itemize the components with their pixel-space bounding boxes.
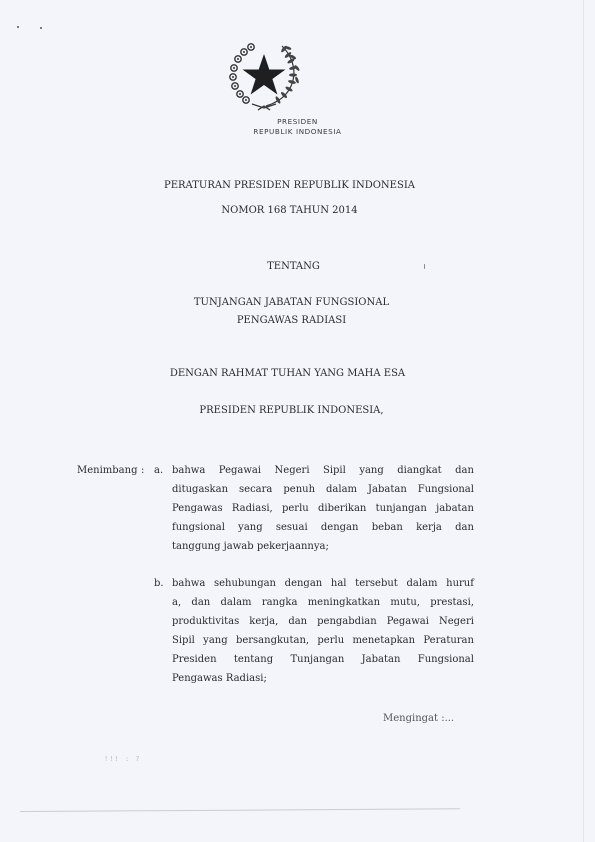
- word: dalam: [326, 484, 357, 496]
- word: Pegawai: [219, 465, 261, 477]
- word: dengan: [285, 578, 323, 590]
- issuer: PRESIDEN REPUBLIK INDONESIA,: [0, 405, 589, 417]
- word: diangkat: [397, 465, 441, 477]
- item-b-line: Sipilyangbersangkutan,perlumenetapkanPer…: [172, 635, 474, 647]
- word: rangka: [262, 597, 298, 609]
- considering-label: Menimbang: [77, 465, 137, 477]
- word: Negeri: [439, 616, 474, 628]
- regulation-title: PERATURAN PRESIDEN REPUBLIK INDONESIA: [0, 180, 587, 192]
- word: Fungsional: [418, 654, 474, 666]
- word: yang: [203, 635, 227, 647]
- emblem-caption-title: PRESIDEN: [0, 117, 595, 127]
- word: tersebut: [355, 578, 398, 590]
- word: Pengawas: [172, 503, 223, 515]
- word: Tunjangan: [290, 654, 344, 666]
- scan-artifact: [40, 27, 42, 29]
- word: dalam: [406, 578, 437, 590]
- subject-label: TENTANG: [0, 261, 591, 273]
- word: ditugaskan: [172, 484, 228, 496]
- word: produktivitas: [172, 616, 239, 628]
- word: tentang: [234, 654, 273, 666]
- word: Fungsional: [418, 484, 474, 496]
- word: penuh: [283, 484, 315, 496]
- word: Sipil: [323, 465, 346, 477]
- word: dan: [288, 616, 307, 628]
- word: bahwa: [172, 578, 205, 590]
- word: kerja: [416, 522, 442, 534]
- word: Presiden: [172, 654, 217, 666]
- word: Jabatan: [362, 654, 401, 666]
- page-bottom-rule: [20, 808, 460, 812]
- item-a-line: bahwaPegawaiNegeriSipilyangdiangkatdan: [172, 465, 474, 477]
- word: dengan: [321, 522, 359, 534]
- item-b-line: a,dandalamrangkameningkatkanmutu,prestas…: [172, 597, 474, 609]
- word: sesuai: [276, 522, 308, 534]
- word: menetapkan: [352, 635, 415, 647]
- scan-artifact: [17, 26, 19, 28]
- word: Jabatan: [368, 484, 407, 496]
- word: sehubungan: [214, 578, 276, 590]
- word: tunjangan: [376, 503, 427, 515]
- word: beban: [372, 522, 403, 534]
- invocation: DENGAN RAHMAT TUHAN YANG MAHA ESA: [0, 368, 585, 380]
- item-a-line: ditugaskansecarapenuhdalamJabatanFungsio…: [172, 484, 474, 496]
- word: Negeri: [275, 465, 310, 477]
- word: Pegawai: [387, 616, 429, 628]
- word: kerja,: [249, 616, 278, 628]
- word: hal: [331, 578, 347, 590]
- word: dalam: [221, 597, 252, 609]
- item-b-line: PresidententangTunjanganJabatanFungsiona…: [172, 654, 474, 666]
- emblem-caption-country: REPUBLIK INDONESIA: [0, 127, 595, 137]
- item-b-line: Pengawas Radiasi;: [172, 673, 474, 685]
- scan-marks: !!! : ?: [104, 755, 141, 763]
- item-a-marker: a.: [154, 465, 163, 477]
- item-b-line: produktivitaskerja,danpengabdianPegawaiN…: [172, 616, 474, 628]
- word: prestasi,: [430, 597, 474, 609]
- word: fungsional: [172, 522, 225, 534]
- item-b-line: bahwasehubungandenganhaltersebutdalamhur…: [172, 578, 474, 590]
- word: bahwa: [172, 465, 205, 477]
- word: perlu: [282, 503, 309, 515]
- item-a-line: tanggung jawab pekerjaannya;: [172, 541, 474, 553]
- word: diberikan: [318, 503, 366, 515]
- item-a-line: fungsionalyangsesuaidenganbebankerjadan: [172, 522, 474, 534]
- item-b-marker: b.: [154, 578, 164, 590]
- word: yang: [359, 465, 383, 477]
- word: Sipil: [172, 635, 195, 647]
- word: dan: [455, 522, 474, 534]
- word: Peraturan: [423, 635, 474, 647]
- word: mutu,: [390, 597, 420, 609]
- word: meningkatkan: [308, 597, 380, 609]
- word: jabatan: [436, 503, 474, 515]
- word: huruf: [446, 578, 474, 590]
- word: a,: [172, 597, 181, 609]
- word: bersangkutan,: [236, 635, 309, 647]
- item-a-line: PengawasRadiasi,perludiberikantunjanganj…: [172, 503, 474, 515]
- continuation-marker: Mengingat :...: [383, 713, 454, 725]
- word: yang: [238, 522, 262, 534]
- regulation-number: NOMOR 168 TAHUN 2014: [0, 205, 587, 217]
- presidential-emblem-icon: [226, 40, 302, 112]
- word: perlu: [317, 635, 344, 647]
- word: dan: [191, 597, 210, 609]
- subject-line-2: PENGAWAS RADIASI: [0, 315, 589, 327]
- subject-line-1: TUNJANGAN JABATAN FUNGSIONAL: [0, 297, 589, 309]
- word: secara: [239, 484, 272, 496]
- word: dan: [455, 465, 474, 477]
- word: Radiasi,: [232, 503, 273, 515]
- word: pengabdian: [317, 616, 377, 628]
- considering-separator: :: [141, 465, 144, 477]
